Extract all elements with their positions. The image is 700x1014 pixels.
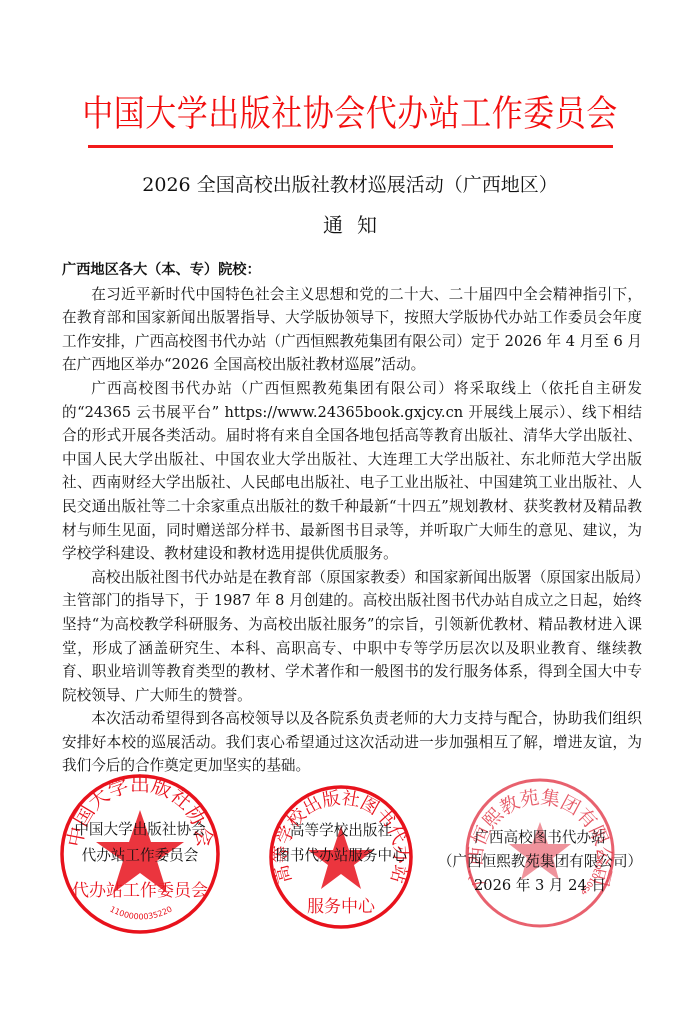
header-divider <box>88 145 613 148</box>
signature-1: 中国大学出版社协会 代办站工作委员会 1100000035220 中国大学出版社… <box>58 772 222 936</box>
signature-3-line-1: 广西高校图书代办站 <box>433 826 647 850</box>
greeting: 广西地区各大（本、专）院校： <box>62 259 642 283</box>
document-subtitle: 通知 <box>0 209 700 238</box>
signature-2-line-2: 图书代办站服务中心 <box>268 844 414 868</box>
signature-3: 广西恒熙教苑集团有限公司 4501030253 广西高校图书代办站 （广西恒熙教… <box>463 776 617 930</box>
document-body: 广西地区各大（本、专）院校： 在习近平新时代中国特色社会主义思想和党的二十大、二… <box>62 259 642 778</box>
svg-text:代办站工作委员会: 代办站工作委员会 <box>72 881 208 901</box>
paragraph-3: 高校出版社图书代办站是在教育部（原国家教委）和国家新闻出版署（原国家出版局）主管… <box>62 566 642 708</box>
signature-2: 高等学校出版社图书代办站 服务中心 高等学校出版社 图书代办站服务中心 <box>268 784 414 930</box>
signature-3-date: 2026 年 3 月 24 日 <box>433 874 647 898</box>
signature-1-line-2: 代办站工作委员会 <box>58 844 222 868</box>
paragraph-1: 在习近平新时代中国特色社会主义思想和党的二十大、二十届四中全会精神指引下，在教育… <box>62 283 642 377</box>
signature-1-line-1: 中国大学出版社协会 <box>58 818 222 842</box>
signature-block: 中国大学出版社协会 代办站工作委员会 1100000035220 中国大学出版社… <box>0 770 700 970</box>
issuing-organization-header: 中国大学出版社协会代办站工作委员会 <box>0 84 700 136</box>
paragraph-4: 本次活动希望得到各高校领导以及各院系负责老师的大力支持与配合，协助我们组织安排好… <box>62 707 642 778</box>
paragraph-2: 广西高校图书代办站（广西恒熙教苑集团有限公司）将采取线上（依托自主研发的“243… <box>62 377 642 566</box>
svg-text:1100000035220: 1100000035220 <box>108 905 173 922</box>
signature-2-line-1: 高等学校出版社 <box>268 819 414 843</box>
signature-3-line-2: （广西恒熙教苑集团有限公司） <box>433 850 647 874</box>
svg-text:服务中心: 服务中心 <box>307 897 376 917</box>
document-title: 2026 全国高校出版社教材巡展活动（广西地区） <box>0 170 700 197</box>
